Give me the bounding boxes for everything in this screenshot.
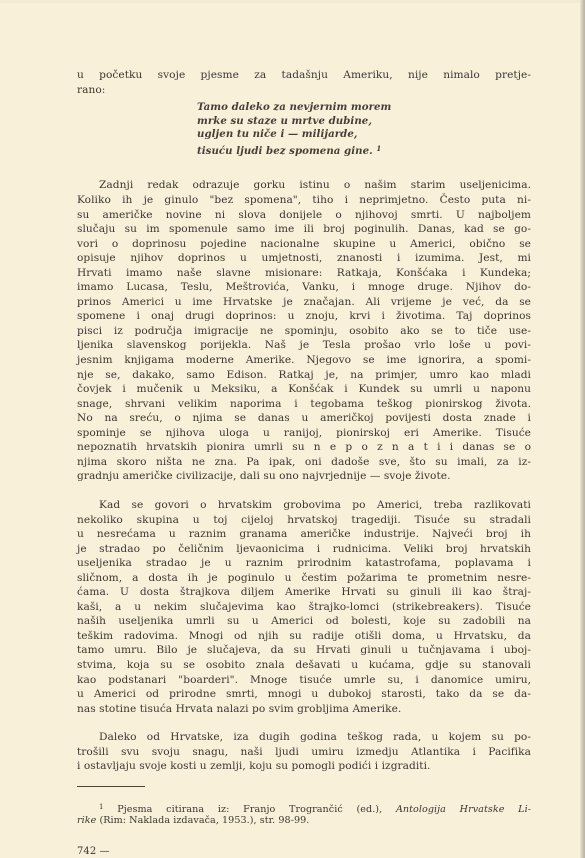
- document-page: u početku svoje pjesme za tadašnju Ameri…: [77, 68, 531, 858]
- text-line: u nesrećama u raznim granama američke in…: [77, 527, 531, 542]
- text-line: naših useljenika umrli su u Americi od b…: [77, 614, 531, 629]
- text-line: jesnim knjigama moderne Amerike. Njegovo…: [77, 353, 531, 368]
- footnote-text: (Rim: Naklada izdavača, 1953.), str. 98-…: [96, 815, 309, 826]
- footnote-divider: [77, 786, 145, 787]
- text-line: kaši, a u nekim slučajevima kao štrajko-…: [77, 600, 531, 615]
- text-line: stvima, koja su se osobito znala dešavat…: [77, 658, 531, 673]
- footnote-line: rike (Rim: Naklada izdavača, 1953.), str…: [77, 814, 531, 827]
- text-line: gradnju američke civilizacije, dali su o…: [77, 469, 531, 484]
- text-line: Zadnji redak odrazuje gorku istinu o naš…: [77, 178, 531, 193]
- verse-line: mrke su staze u mrtve dubine,: [197, 115, 531, 129]
- text-line: nekoliko skupina u toj cijeloj hrvatskoj…: [77, 513, 531, 528]
- text-line: ljenika slavenskog porijekla. Naš je Tes…: [77, 338, 531, 353]
- footnote: 1 Pjesma citirana iz: Franjo Trogrančić …: [77, 801, 531, 827]
- footnote-line: 1 Pjesma citirana iz: Franjo Trogrančić …: [77, 801, 531, 814]
- text-line: rano:: [77, 83, 531, 98]
- footnote-book-title-cont: rike: [77, 815, 96, 826]
- text-line: u Americi od prirodne smrti, mnogi u dub…: [77, 687, 531, 702]
- text-line: prinos Americi u ime Hrvatske je značaja…: [77, 295, 531, 310]
- text-line: i ostavljaju svoje kosti u zemlji, koju …: [77, 759, 531, 774]
- paragraph: Zadnji redak odrazuje gorku istinu o naš…: [77, 178, 531, 483]
- text-line: nje se, dakako, samo Edison. Ratkaj je, …: [77, 368, 531, 383]
- text-line: čovjek i mučenik u Meksiku, a Konšćak i …: [77, 382, 531, 397]
- text-line: Daleko od Hrvatske, iza dugih godina teš…: [77, 730, 531, 745]
- text-line: vori o doprinosu pojedine nacionalne sku…: [77, 237, 531, 252]
- text-line: slučaju su im spomenule samo ime ili bro…: [77, 222, 531, 237]
- text-line: opisuje njihov doprinos u umjetnosti, zn…: [77, 251, 531, 266]
- text-line: useljenika stradao je u raznim prirodnim…: [77, 556, 531, 571]
- text-line: spomene i onaj drugi doprinos: u znoju, …: [77, 309, 531, 324]
- text-line: Koliko ih je ginulo "bez spomena", tiho …: [77, 193, 531, 208]
- intro-text: u početku svoje pjesme za tadašnju Ameri…: [77, 68, 531, 97]
- text-line: imamo Lucasa, Teslu, Meštrovića, Vanku, …: [77, 280, 531, 295]
- text-line: tamo umru. Bilo je slučajeva, da su Hrva…: [77, 643, 531, 658]
- footnote-book-title: Antologija Hrvatske Li-: [396, 804, 531, 815]
- paragraph: Kad se govori o hrvatskim grobovima po A…: [77, 498, 531, 716]
- text-line: pisci iz područja imigracije ne spominju…: [77, 324, 531, 339]
- text-line: sličnom, a dosta ih je poginulo u čestim…: [77, 571, 531, 586]
- text-line: u početku svoje pjesme za tadašnju Ameri…: [77, 68, 531, 83]
- verse-line: Tamo daleko za nevjernim morem: [197, 101, 531, 115]
- text-line: Hrvati imamo naše slavne misionare: Ratk…: [77, 266, 531, 281]
- text-line: trošili svu svoju snagu, naši ljudi umir…: [77, 745, 531, 760]
- paragraph: Daleko od Hrvatske, iza dugih godina teš…: [77, 730, 531, 774]
- verse-line-text: tisuću ljudi bez spomena gine.: [197, 145, 373, 157]
- text-line: snage, shrvani velikim naporima i tegoba…: [77, 397, 531, 412]
- page-binding-edge: [580, 0, 585, 858]
- poem-quote: Tamo daleko za nevjernim morem mrke su s…: [77, 101, 531, 158]
- text-line: No na sreću, o njima se danas u američko…: [77, 411, 531, 426]
- page-number: 742 —: [77, 845, 531, 858]
- text-line: spominje se njihova uloga u ranijoj, pio…: [77, 426, 531, 441]
- footnote-ref: 1: [376, 144, 381, 153]
- text-line: teškim radovima. Mnogi od njih su radije…: [77, 629, 531, 644]
- footnote-marker: 1: [99, 803, 104, 811]
- verse-line: ugljen tu niče i — milijarde,: [197, 128, 531, 142]
- text-line: ćama. U dosta štrajkova diljem Amerike H…: [77, 585, 531, 600]
- text-line: su američke novine ni slova donijele o n…: [77, 208, 531, 223]
- text-line: je stradao po čeličnim ljevaonicima i ru…: [77, 542, 531, 557]
- text-line: kao podstanari "boarderi". Mnoge tisuće …: [77, 673, 531, 688]
- page-top-edge: [0, 0, 585, 3]
- text-line: nepoznatih hrvatskih pionira umrli su n …: [77, 440, 531, 455]
- text-line: njima skoro ništa ne zna. Pa ipak, oni d…: [77, 455, 531, 470]
- verse-line: tisuću ljudi bez spomena gine. 1: [197, 142, 531, 159]
- text-line: Kad se govori o hrvatskim grobovima po A…: [77, 498, 531, 513]
- text-line: nas stotine tisuća Hrvata nalazi po svim…: [77, 702, 531, 717]
